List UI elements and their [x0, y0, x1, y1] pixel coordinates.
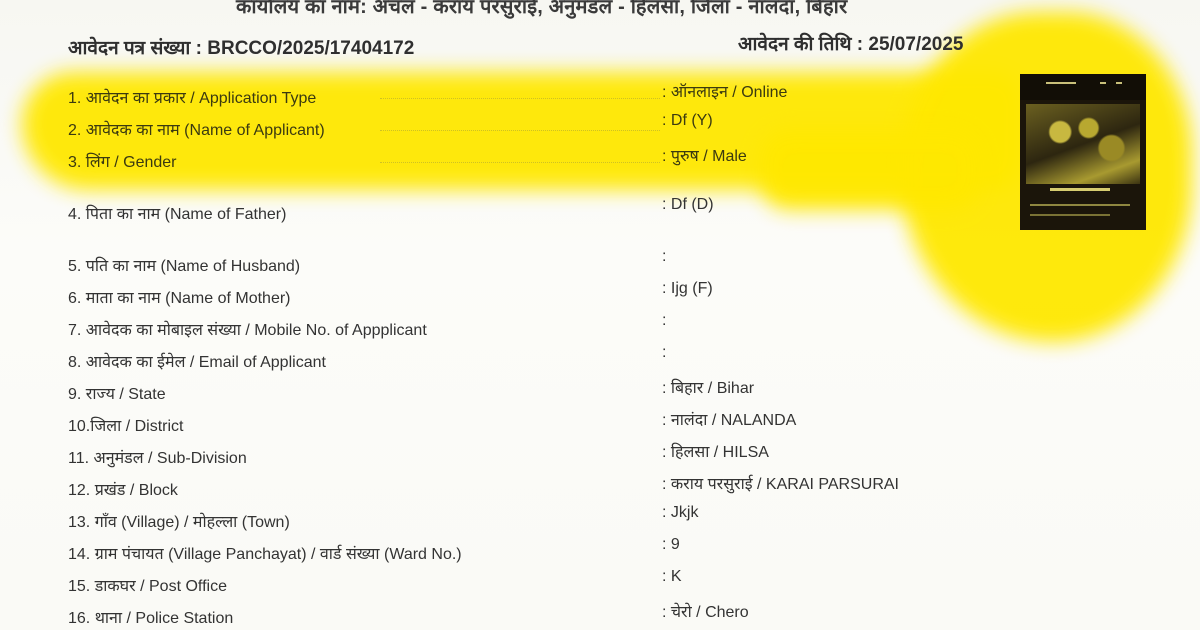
- field-label: 12. प्रखंड / Block: [68, 478, 178, 500]
- application-document: कार्यालय का नाम: अंचल - कराय परसुराई, अन…: [0, 0, 1200, 630]
- field-value: : नालंदा / NALANDA: [662, 408, 796, 430]
- field-value: : K: [662, 568, 682, 586]
- field-value: :: [662, 344, 666, 362]
- field-label: 11. अनुमंडल / Sub-Division: [68, 446, 247, 468]
- field-row: 10.जिला / District: नालंदा / NALANDA: [0, 414, 1200, 444]
- application-date-value: 25/07/2025: [868, 34, 963, 55]
- field-row: 12. प्रखंड / Block: कराय परसुराई / KARAI…: [0, 478, 1200, 508]
- field-value: : Df (Y): [662, 112, 713, 130]
- field-label: 13. गाँव (Village) / मोहल्ला (Town): [68, 510, 290, 532]
- field-row: 2. आवेदक का नाम (Name of Applicant): Df …: [0, 118, 1200, 148]
- field-row: 6. माता का नाम (Name of Mother): Ijg (F): [0, 286, 1200, 316]
- application-number: आवेदन पत्र संख्या : BRCCO/2025/17404172: [68, 34, 414, 60]
- field-value: : कराय परसुराई / KARAI PARSURAI: [662, 472, 899, 494]
- field-row: 7. आवेदक का मोबाइल संख्या / Mobile No. o…: [0, 318, 1200, 348]
- field-row: 14. ग्राम पंचायत (Village Panchayat) / व…: [0, 542, 1200, 572]
- field-label: 14. ग्राम पंचायत (Village Panchayat) / व…: [68, 542, 462, 564]
- dotted-leader: [380, 162, 660, 164]
- field-value: : Jkjk: [662, 504, 698, 522]
- field-row: 5. पति का नाम (Name of Husband):: [0, 254, 1200, 284]
- field-value: : बिहार / Bihar: [662, 376, 754, 398]
- field-value: : 9: [662, 536, 680, 554]
- field-label: 15. डाकघर / Post Office: [68, 574, 227, 596]
- field-label: 5. पति का नाम (Name of Husband): [68, 254, 300, 276]
- field-row: 11. अनुमंडल / Sub-Division: हिलसा / HILS…: [0, 446, 1200, 476]
- field-label: 4. पिता का नाम (Name of Father): [68, 202, 286, 224]
- field-row: 13. गाँव (Village) / मोहल्ला (Town): Jkj…: [0, 510, 1200, 540]
- field-row: 9. राज्य / State: बिहार / Bihar: [0, 382, 1200, 412]
- field-value: :: [662, 248, 666, 266]
- field-label: 10.जिला / District: [68, 414, 183, 436]
- field-value: : हिलसा / HILSA: [662, 440, 769, 462]
- field-value: : ऑनलाइन / Online: [662, 80, 787, 102]
- field-value: : Df (D): [662, 196, 714, 214]
- application-date-label: आवेदन की तिथि :: [738, 34, 863, 55]
- field-row: 3. लिंग / Gender: पुरुष / Male: [0, 150, 1200, 180]
- field-value: : पुरुष / Male: [662, 144, 747, 166]
- field-row: 15. डाकघर / Post Office: K: [0, 574, 1200, 604]
- field-value: :: [662, 312, 666, 330]
- field-row: 4. पिता का नाम (Name of Father): Df (D): [0, 202, 1200, 232]
- field-label: 8. आवेदक का ईमेल / Email of Applicant: [68, 350, 326, 372]
- field-label: 7. आवेदक का मोबाइल संख्या / Mobile No. o…: [68, 318, 427, 340]
- dotted-leader: [380, 98, 660, 100]
- field-label: 1. आवेदन का प्रकार / Application Type: [68, 86, 316, 108]
- field-value: : चेरो / Chero: [662, 600, 749, 622]
- field-label: 3. लिंग / Gender: [68, 150, 177, 172]
- office-header: कार्यालय का नाम: अंचल - कराय परसुराई, अन…: [236, 0, 847, 19]
- field-value: : Ijg (F): [662, 280, 713, 298]
- field-label: 16. थाना / Police Station: [68, 606, 233, 628]
- field-row: 16. थाना / Police Station: चेरो / Chero: [0, 606, 1200, 630]
- field-row: 1. आवेदन का प्रकार / Application Type: ऑ…: [0, 86, 1200, 116]
- field-label: 9. राज्य / State: [68, 382, 166, 404]
- field-label: 2. आवेदक का नाम (Name of Applicant): [68, 118, 325, 140]
- application-date: आवेदन की तिथि : 25/07/2025: [738, 30, 963, 56]
- dotted-leader: [380, 130, 660, 132]
- application-number-value: BRCCO/2025/17404172: [207, 38, 414, 59]
- application-number-label: आवेदन पत्र संख्या :: [68, 38, 202, 59]
- field-row: 8. आवेदक का ईमेल / Email of Applicant:: [0, 350, 1200, 380]
- field-label: 6. माता का नाम (Name of Mother): [68, 286, 291, 308]
